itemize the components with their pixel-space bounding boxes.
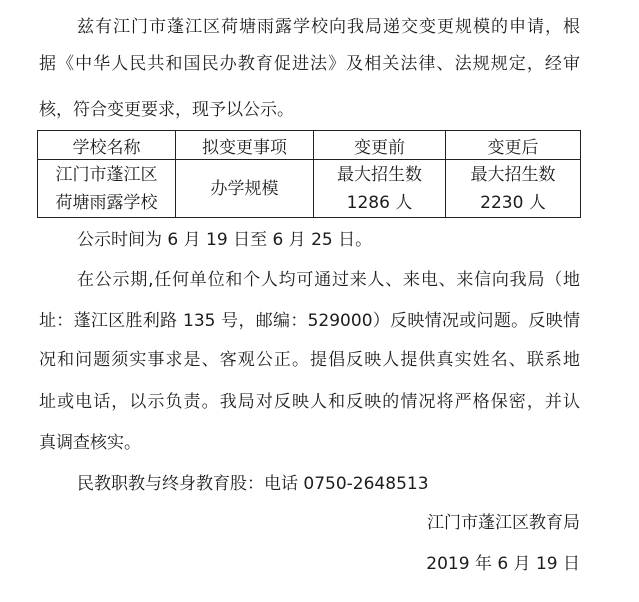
after-label: 最大招生数 [446, 161, 580, 189]
intro-line-2: 据《中华人民共和国民办教育促进法》及相关法律、法规规定，经审 [39, 54, 580, 74]
signature-date: 2019 年 6 月 19 日 [426, 554, 580, 574]
cell-before: 最大招生数 1286 人 [314, 160, 446, 218]
feedback-line-4: 址或电话，以示负责。我局对反映人和反映的情况将严格保密，并认 [39, 392, 580, 412]
header-after: 变更后 [446, 131, 581, 160]
feedback-line-3: 况和问题须实事求是、客观公正。提倡反映人提供真实姓名、联系地 [39, 350, 580, 370]
after-value: 2230 人 [446, 189, 580, 217]
cell-change-item: 办学规模 [176, 160, 314, 218]
school-name-line-2: 荷塘雨露学校 [38, 189, 175, 217]
change-table: 学校名称 拟变更事项 变更前 变更后 江门市蓬江区 荷塘雨露学校 办学规模 最大… [37, 130, 581, 218]
before-label: 最大招生数 [314, 161, 445, 189]
cell-school-name: 江门市蓬江区 荷塘雨露学校 [38, 160, 176, 218]
feedback-line-2: 址：蓬江区胜利路 135 号，邮编：529000）反映情况或问题。反映情 [39, 311, 580, 331]
before-value: 1286 人 [314, 189, 445, 217]
header-change-item: 拟变更事项 [176, 131, 314, 160]
table-row: 江门市蓬江区 荷塘雨露学校 办学规模 最大招生数 1286 人 最大招生数 22… [38, 160, 581, 218]
feedback-line-5: 真调查核实。 [39, 433, 141, 453]
school-name-line-1: 江门市蓬江区 [38, 161, 175, 189]
intro-line-3: 核，符合变更要求，现予以公示。 [39, 100, 294, 120]
feedback-line-1: 在公示期,任何单位和个人均可通过来人、来电、来信向我局（地 [77, 270, 580, 290]
signature-org: 江门市蓬江区教育局 [427, 513, 580, 533]
contact-line: 民教职教与终身教育股：电话 0750-2648513 [77, 474, 429, 494]
intro-line-1: 兹有江门市蓬江区荷塘雨露学校向我局递交变更规模的申请，根 [77, 17, 580, 37]
header-school-name: 学校名称 [38, 131, 176, 160]
table-header-row: 学校名称 拟变更事项 变更前 变更后 [38, 131, 581, 160]
notice-period: 公示时间为 6 月 19 日至 6 月 25 日。 [77, 230, 372, 250]
cell-after: 最大招生数 2230 人 [446, 160, 581, 218]
header-before: 变更前 [314, 131, 446, 160]
